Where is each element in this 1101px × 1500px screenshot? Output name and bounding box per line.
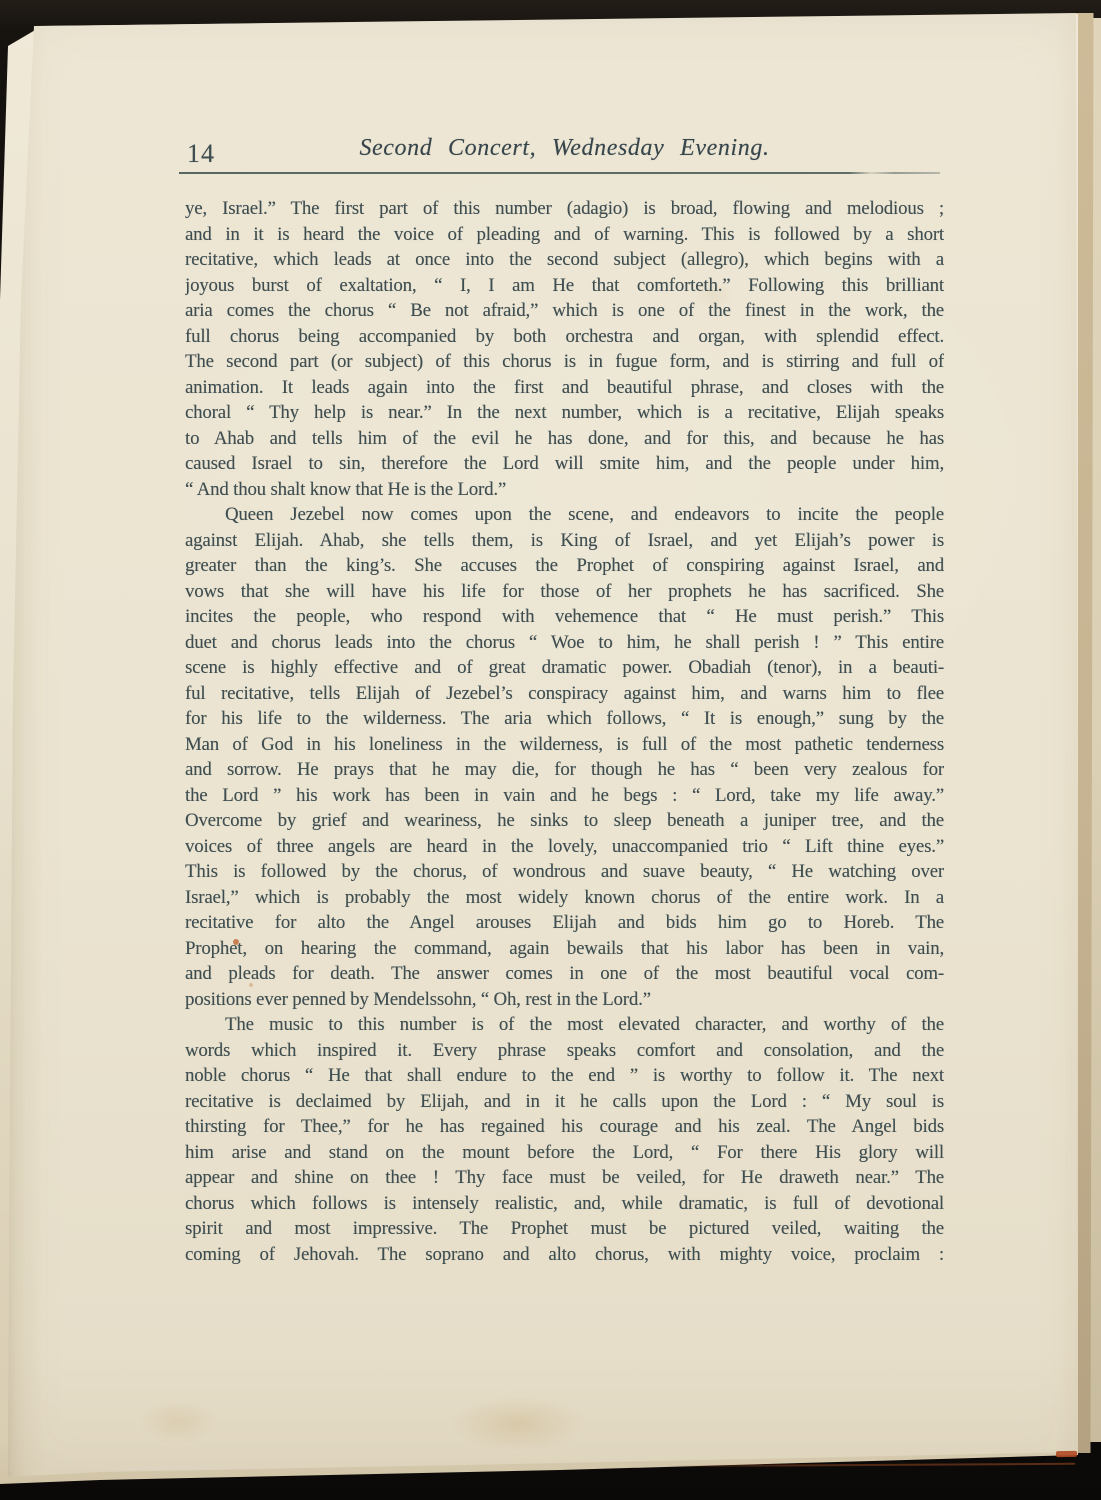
text-line: ye, Israel.” The first part of this numb…	[185, 196, 944, 222]
text-line: spirit and most impressive. The Prophet …	[185, 1216, 944, 1242]
paragraph: ye, Israel.” The first part of this numb…	[185, 196, 944, 502]
body-text: ye, Israel.” The first part of this numb…	[185, 196, 944, 1267]
text-line: ful recitative, tells Elijah of Jezebel’…	[185, 681, 944, 707]
text-line: coming of Jehovah. The soprano and alto …	[185, 1242, 944, 1268]
paragraph: The music to this number is of the most …	[185, 1012, 944, 1267]
text-line: against Elijah. Ahab, she tells them, is…	[185, 528, 944, 554]
text-line: the Lord ” his work has been in vain and…	[185, 783, 944, 809]
stain	[448, 1396, 588, 1452]
text-line: Overcome by grief and weariness, he sink…	[185, 808, 944, 834]
text-line: The second part (or subject) of this cho…	[185, 349, 944, 375]
text-line: recitative, which leads at once into the…	[185, 247, 944, 273]
text-line: chorus which follows is intensely realis…	[185, 1191, 944, 1217]
text-line: vows that she will have his life for tho…	[185, 579, 944, 605]
text-line: full chorus being accompanied by both or…	[185, 324, 944, 350]
text-line: voices of three angels are heard in the …	[185, 834, 944, 860]
text-line: aria comes the chorus “ Be not afraid,” …	[185, 298, 944, 324]
text-line: for his life to the wilderness. The aria…	[185, 706, 944, 732]
text-line: and in it is heard the voice of pleading…	[185, 222, 944, 248]
text-line: him arise and stand on the mount before …	[185, 1140, 944, 1166]
text-line: greater than the king’s. She accuses the…	[185, 553, 944, 579]
text-line: to Ahab and tells him of the evil he has…	[185, 426, 944, 452]
text-line: “ And thou shalt know that He is the Lor…	[185, 477, 944, 503]
stain	[138, 1400, 218, 1444]
text-line: Prophet, on hearing the command, again b…	[185, 936, 944, 962]
text-line: positions ever penned by Mendelssohn, “ …	[185, 987, 944, 1013]
text-line: joyous burst of exaltation, “ I, I am He…	[185, 273, 944, 299]
text-line: incites the people, who respond with veh…	[185, 604, 944, 630]
text-line: Israel,” which is probably the most wide…	[185, 885, 944, 911]
text-line: recitative is declaimed by Elijah, and i…	[185, 1089, 944, 1115]
text-line: The music to this number is of the most …	[185, 1012, 944, 1038]
text-line: recitative for alto the Angel arouses El…	[185, 910, 944, 936]
book-scan: 14 Second Concert, Wednesday Evening. ye…	[0, 0, 1101, 1500]
header-rule	[179, 172, 940, 174]
text-line: Man of God in his loneliness in the wild…	[185, 732, 944, 758]
text-line: words which inspired it. Every phrase sp…	[185, 1038, 944, 1064]
text-line: and pleads for death. The answer comes i…	[185, 961, 944, 987]
text-line: appear and shine on thee ! Thy face must…	[185, 1165, 944, 1191]
text-line: and sorrow. He prays that he may die, fo…	[185, 757, 944, 783]
text-line: thirsting for Thee,” for he has regained…	[185, 1114, 944, 1140]
text-line: animation. It leads again into the first…	[185, 375, 944, 401]
text-line: Queen Jezebel now comes upon the scene, …	[185, 502, 944, 528]
text-line: duet and chorus leads into the chorus “ …	[185, 630, 944, 656]
running-header: Second Concert, Wednesday Evening.	[185, 135, 944, 162]
paragraph: Queen Jezebel now comes upon the scene, …	[185, 502, 944, 1012]
text-line: choral “ Thy help is near.” In the next …	[185, 400, 944, 426]
text-line: This is followed by the chorus, of wondr…	[185, 859, 944, 885]
text-line: scene is highly effective and of great d…	[185, 655, 944, 681]
text-line: caused Israel to sin, therefore the Lord…	[185, 451, 944, 477]
corner-red-mark	[1056, 1451, 1077, 1457]
text-line: noble chorus “ He that shall endure to t…	[185, 1063, 944, 1089]
